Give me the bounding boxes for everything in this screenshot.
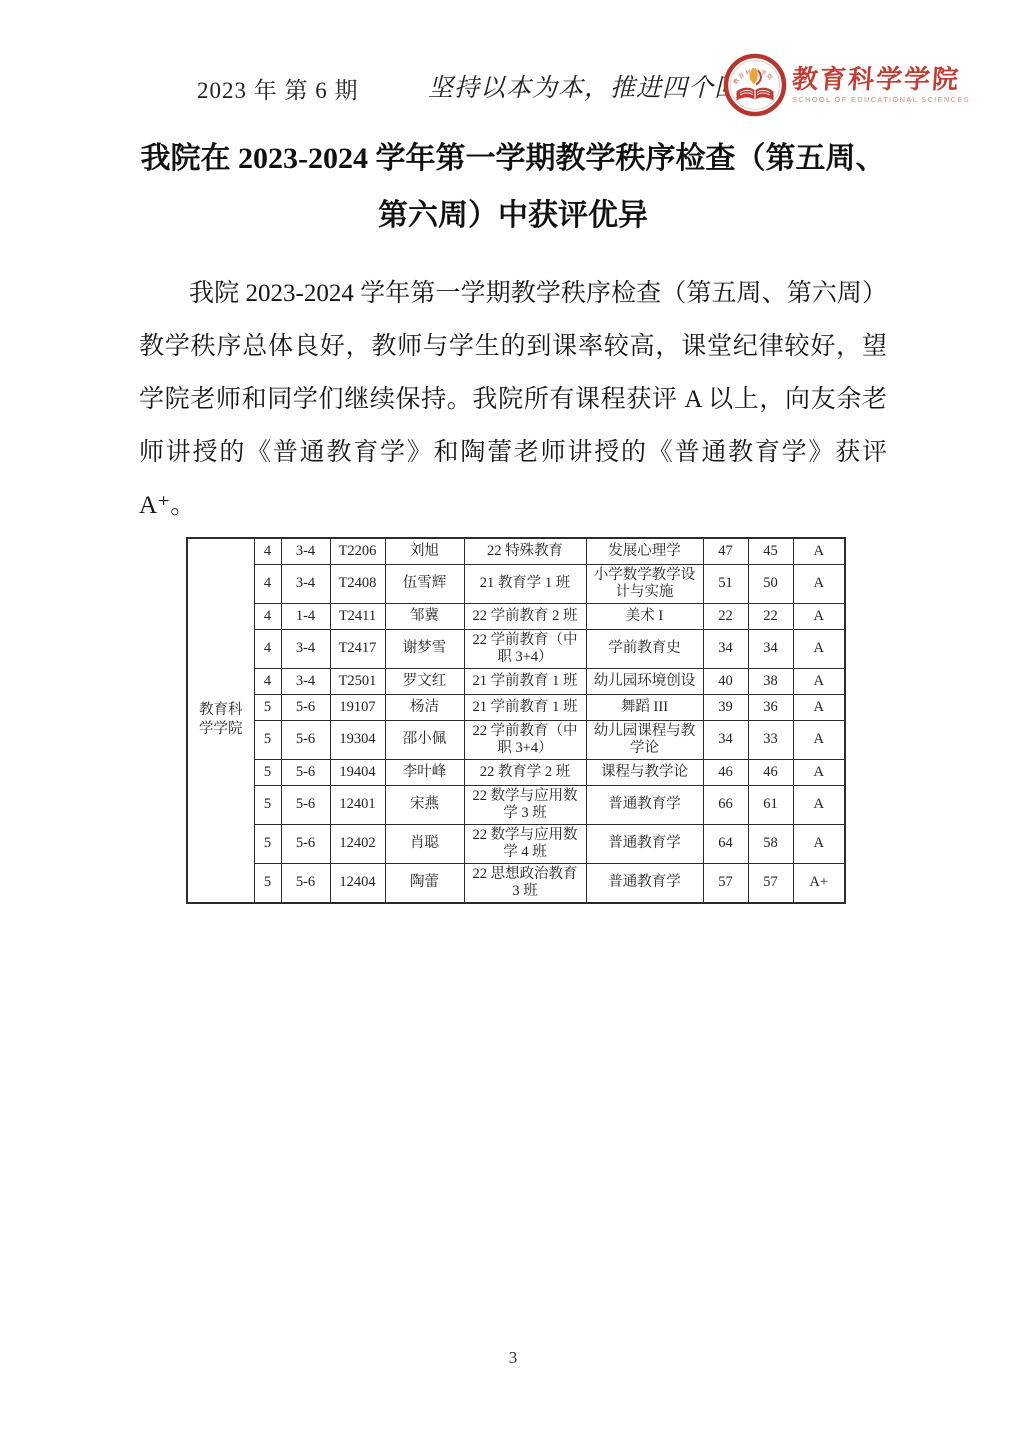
cell-grade: A (793, 785, 845, 824)
table-row: 43-4T2501罗文红21 学前教育 1 班幼儿园环境创设4038A (187, 668, 845, 694)
table-row: 55-619404李叶峰22 教育学 2 班课程与教学论4646A (187, 759, 845, 785)
page-number: 3 (139, 1348, 887, 1368)
cell-count1: 64 (703, 824, 748, 863)
cell-class-name: 22 特殊教育 (464, 538, 586, 564)
header-motto: 坚持以本为本，推进四个回归 (428, 68, 766, 104)
cell-code: T2501 (330, 668, 385, 694)
cell-code: 19304 (330, 720, 385, 759)
cell-count2: 22 (748, 603, 793, 629)
cell-class-name: 22 学前教育 2 班 (464, 603, 586, 629)
cell-grade: A (793, 668, 845, 694)
cell-code: T2417 (330, 629, 385, 668)
cell-code: 19404 (330, 759, 385, 785)
cell-code: T2408 (330, 564, 385, 603)
cell-code: T2411 (330, 603, 385, 629)
cell-period: 3-4 (281, 564, 330, 603)
cell-teacher: 李叶峰 (385, 759, 464, 785)
cell-teacher: 陶蕾 (385, 863, 464, 903)
cell-period: 5-6 (281, 824, 330, 863)
cell-day: 5 (254, 694, 281, 720)
cell-count2: 57 (748, 863, 793, 903)
document-page: 2023 年 第 6 期 坚持以本为本，推进四个回归 教育科学学院 (0, 0, 1024, 1448)
cell-class-name: 21 学前教育 1 班 (464, 668, 586, 694)
cell-day: 4 (254, 538, 281, 564)
cell-teacher: 杨洁 (385, 694, 464, 720)
table-row: 43-4T2408伍雪辉21 教育学 1 班小学数学教学设计与实施5150A (187, 564, 845, 603)
cell-teacher: 邵小佩 (385, 720, 464, 759)
cell-class-name: 22 教育学 2 班 (464, 759, 586, 785)
issue-label: 2023 年 第 6 期 (197, 72, 359, 105)
cell-day: 4 (254, 564, 281, 603)
cell-day: 5 (254, 824, 281, 863)
cell-grade: A (793, 538, 845, 564)
cell-count2: 36 (748, 694, 793, 720)
cell-class-name: 22 学前教育（中职 3+4） (464, 720, 586, 759)
cell-class-name: 22 数学与应用数学 4 班 (464, 824, 586, 863)
school-brand-text: 教育科学学院 SCHOOL OF EDUCATIONAL SCIENCES (792, 65, 970, 105)
cell-grade: A (793, 564, 845, 603)
cell-code: 12401 (330, 785, 385, 824)
cell-grade: A+ (793, 863, 845, 903)
cell-count1: 66 (703, 785, 748, 824)
cell-count1: 39 (703, 694, 748, 720)
cell-day: 4 (254, 668, 281, 694)
cell-day: 4 (254, 629, 281, 668)
cell-course: 幼儿园环境创设 (586, 668, 703, 694)
cell-count1: 34 (703, 629, 748, 668)
cell-teacher: 伍雪辉 (385, 564, 464, 603)
cell-class-name: 22 思想政治教育 3 班 (464, 863, 586, 903)
schedule-table-body: 教育科学学院43-4T2206刘旭22 特殊教育发展心理学4745A43-4T2… (187, 538, 845, 903)
school-name-en: SCHOOL OF EDUCATIONAL SCIENCES (792, 95, 970, 105)
article-title: 我院在 2023-2024 学年第一学期教学秩序检查（第五周、第六周）中获评优异 (139, 130, 887, 244)
cell-count2: 50 (748, 564, 793, 603)
cell-course: 舞蹈 III (586, 694, 703, 720)
cell-count1: 40 (703, 668, 748, 694)
cell-day: 5 (254, 863, 281, 903)
cell-count1: 22 (703, 603, 748, 629)
cell-teacher: 肖聪 (385, 824, 464, 863)
cell-count1: 51 (703, 564, 748, 603)
cell-course: 课程与教学论 (586, 759, 703, 785)
cell-class-name: 21 学前教育 1 班 (464, 694, 586, 720)
table-row: 41-4T2411邹冀22 学前教育 2 班美术 I2222A (187, 603, 845, 629)
cell-period: 1-4 (281, 603, 330, 629)
table-row: 55-612402肖聪22 数学与应用数学 4 班普通教育学6458A (187, 824, 845, 863)
cell-day: 5 (254, 785, 281, 824)
cell-period: 5-6 (281, 863, 330, 903)
cell-count2: 45 (748, 538, 793, 564)
cell-period: 5-6 (281, 720, 330, 759)
schedule-table: 教育科学学院43-4T2206刘旭22 特殊教育发展心理学4745A43-4T2… (186, 537, 846, 904)
cell-period: 5-6 (281, 759, 330, 785)
cell-count1: 46 (703, 759, 748, 785)
table-row: 55-612401宋燕22 数学与应用数学 3 班普通教育学6661A (187, 785, 845, 824)
cell-teacher: 宋燕 (385, 785, 464, 824)
cell-count1: 57 (703, 863, 748, 903)
cell-course: 小学数学教学设计与实施 (586, 564, 703, 603)
cell-code: 12402 (330, 824, 385, 863)
cell-grade: A (793, 603, 845, 629)
cell-count1: 47 (703, 538, 748, 564)
cell-count2: 61 (748, 785, 793, 824)
cell-course: 幼儿园课程与教学论 (586, 720, 703, 759)
cell-count2: 46 (748, 759, 793, 785)
cell-count2: 33 (748, 720, 793, 759)
cell-code: T2206 (330, 538, 385, 564)
cell-day: 5 (254, 720, 281, 759)
table-row: 55-619304邵小佩22 学前教育（中职 3+4）幼儿园课程与教学论3433… (187, 720, 845, 759)
table-row: 43-4T2417谢梦雪22 学前教育（中职 3+4）学前教育史3434A (187, 629, 845, 668)
cell-class-name: 22 学前教育（中职 3+4） (464, 629, 586, 668)
cell-teacher: 罗文红 (385, 668, 464, 694)
cell-count2: 58 (748, 824, 793, 863)
cell-period: 3-4 (281, 538, 330, 564)
cell-course: 普通教育学 (586, 785, 703, 824)
cell-class-name: 21 教育学 1 班 (464, 564, 586, 603)
table-row: 55-619107杨洁21 学前教育 1 班舞蹈 III3936A (187, 694, 845, 720)
cell-grade: A (793, 759, 845, 785)
school-emblem-icon: 教育科学学院 (723, 53, 787, 117)
cell-course: 普通教育学 (586, 863, 703, 903)
article-body: 我院 2023-2024 学年第一学期教学秩序检查（第五周、第六周）教学秩序总体… (139, 267, 887, 532)
cell-class-name: 22 数学与应用数学 3 班 (464, 785, 586, 824)
cell-teacher: 邹冀 (385, 603, 464, 629)
cell-period: 3-4 (281, 668, 330, 694)
cell-teacher: 刘旭 (385, 538, 464, 564)
cell-period: 5-6 (281, 785, 330, 824)
cell-count2: 38 (748, 668, 793, 694)
cell-college: 教育科学学院 (187, 538, 254, 903)
cell-period: 3-4 (281, 629, 330, 668)
cell-teacher: 谢梦雪 (385, 629, 464, 668)
table-row: 55-612404陶蕾22 思想政治教育 3 班普通教育学5757A+ (187, 863, 845, 903)
cell-period: 5-6 (281, 694, 330, 720)
cell-day: 4 (254, 603, 281, 629)
cell-grade: A (793, 694, 845, 720)
cell-grade: A (793, 629, 845, 668)
cell-course: 发展心理学 (586, 538, 703, 564)
school-brand: 教育科学学院 教育科学学院 SCHOOL OF EDUCATIONAL SCIE… (723, 53, 970, 117)
cell-grade: A (793, 720, 845, 759)
cell-count2: 34 (748, 629, 793, 668)
cell-course: 学前教育史 (586, 629, 703, 668)
cell-code: 19107 (330, 694, 385, 720)
cell-grade: A (793, 824, 845, 863)
cell-count1: 34 (703, 720, 748, 759)
school-name-cn: 教育科学学院 (791, 65, 971, 95)
cell-day: 5 (254, 759, 281, 785)
cell-course: 普通教育学 (586, 824, 703, 863)
cell-code: 12404 (330, 863, 385, 903)
cell-course: 美术 I (586, 603, 703, 629)
table-row: 教育科学学院43-4T2206刘旭22 特殊教育发展心理学4745A (187, 538, 845, 564)
